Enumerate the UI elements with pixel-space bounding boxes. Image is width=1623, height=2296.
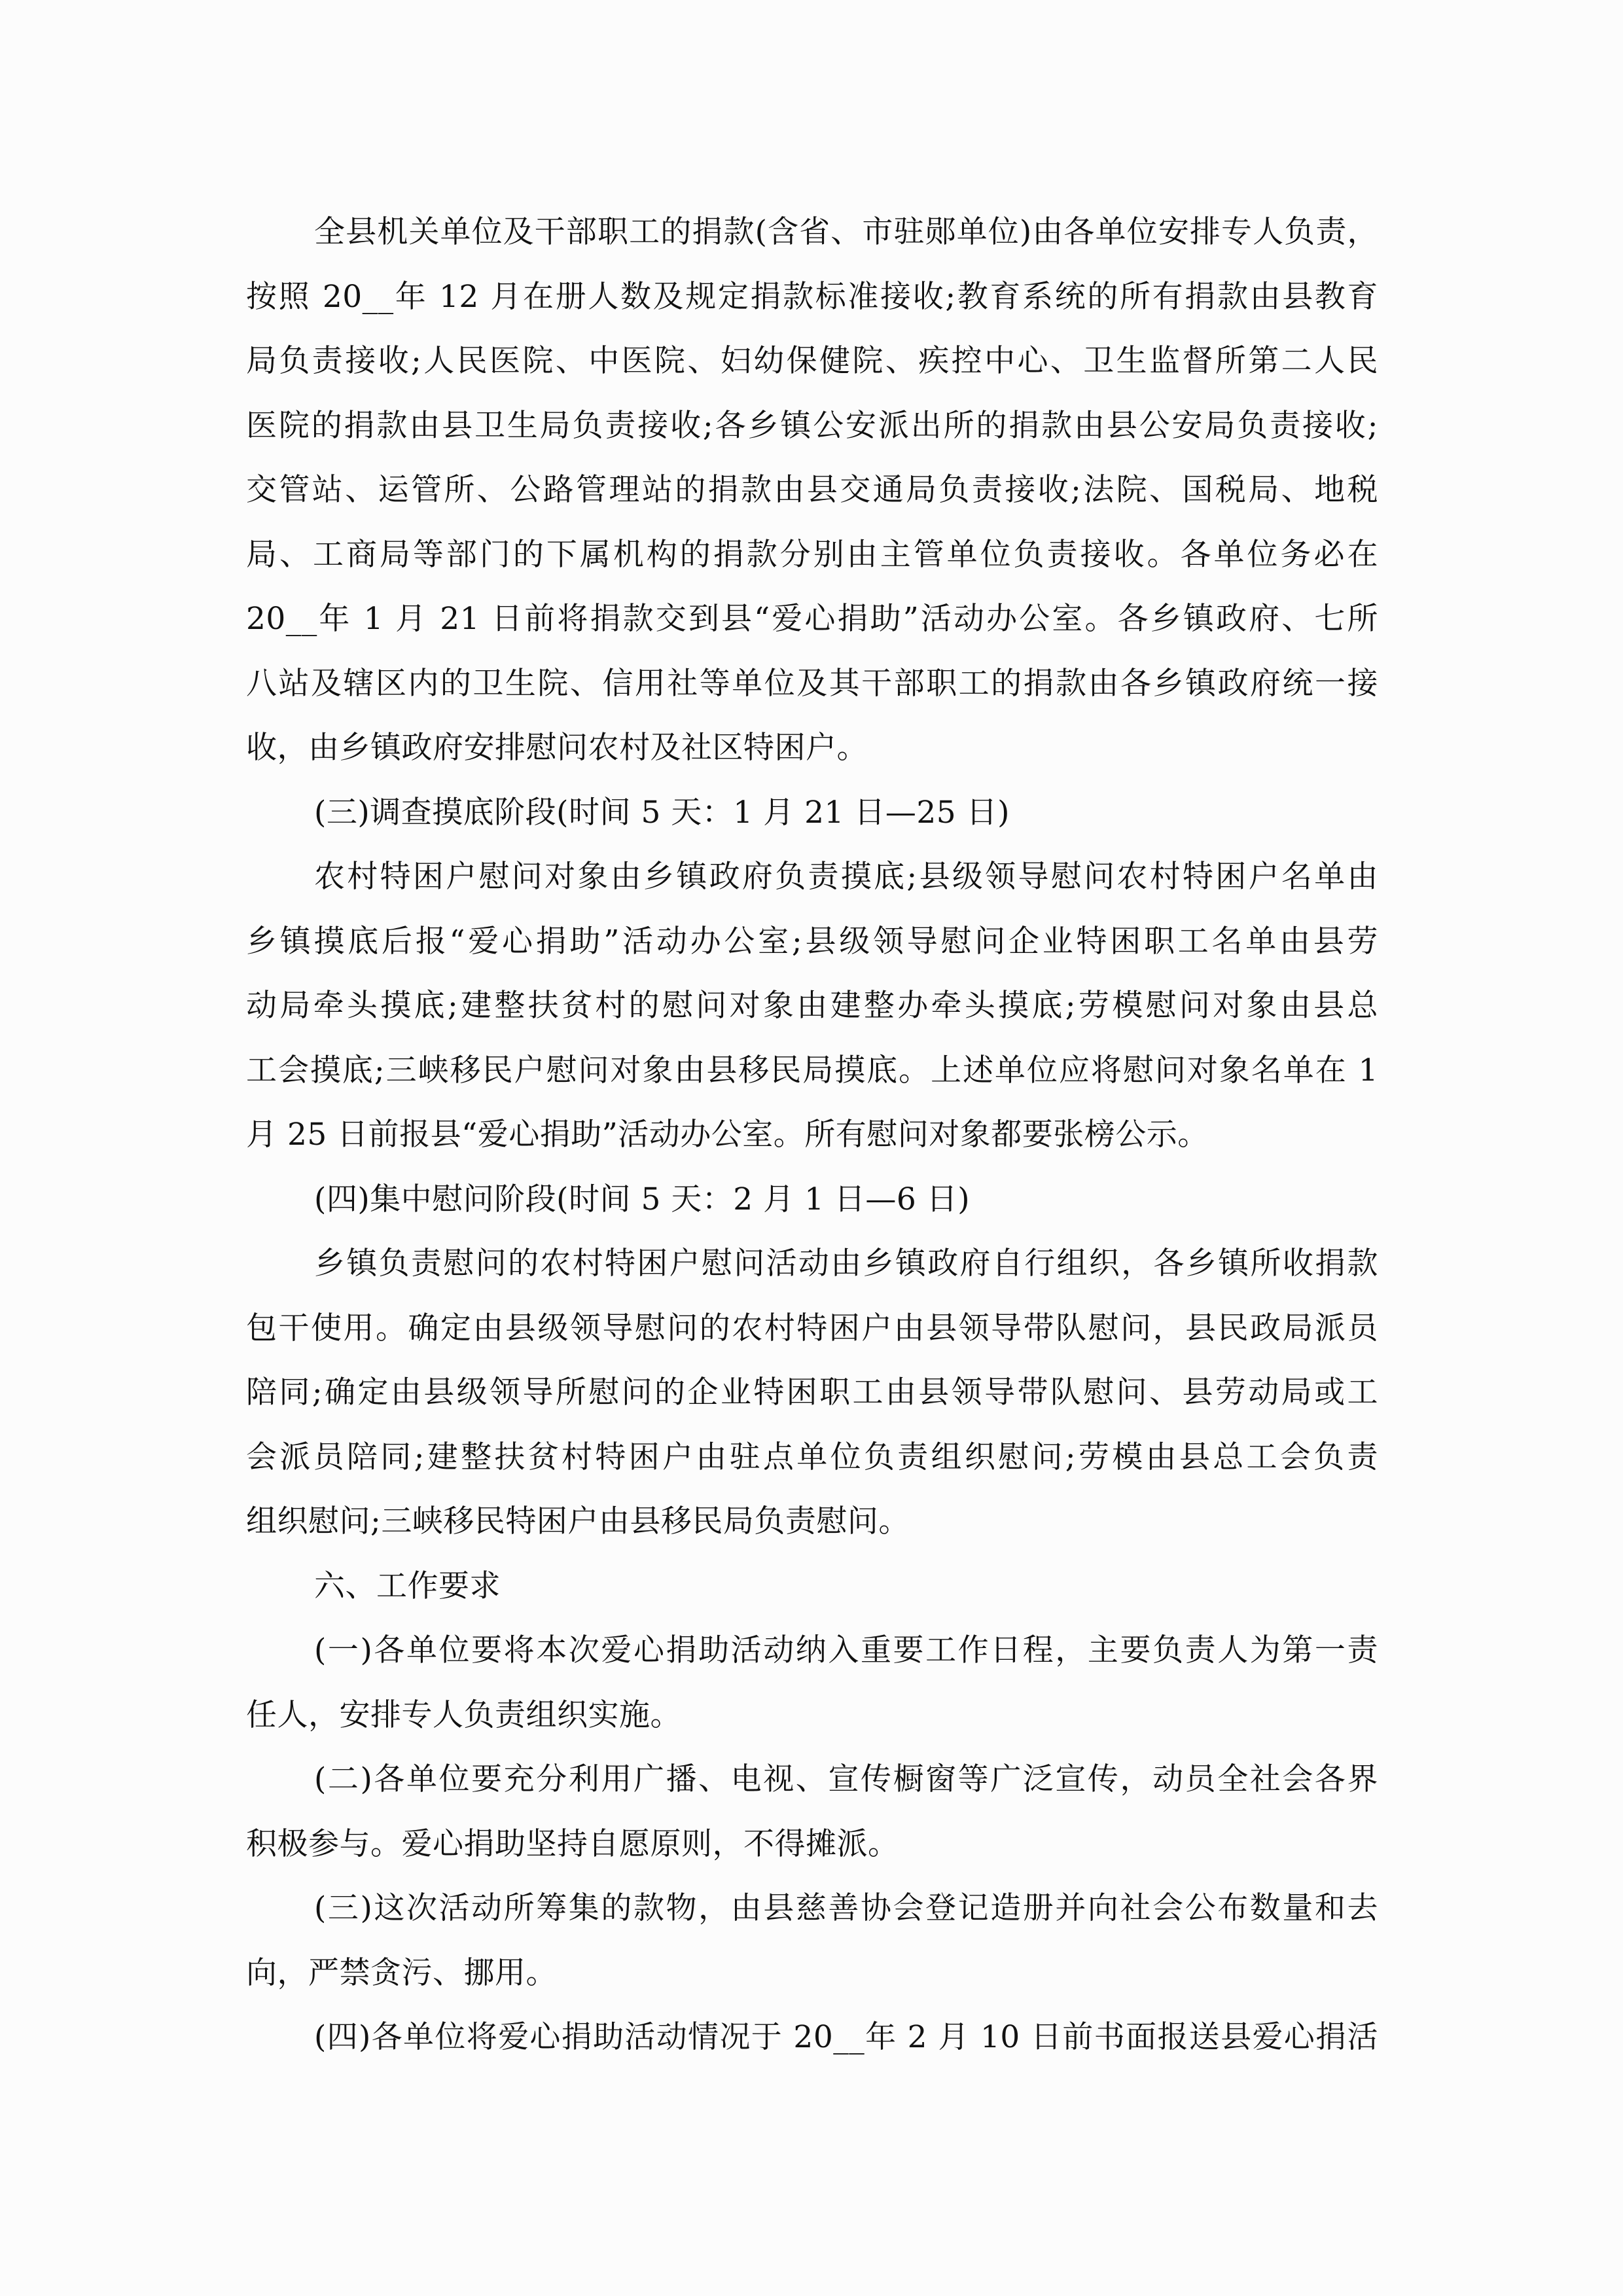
document-page: 全县机关单位及干部职工的捐款(含省、市驻郧单位)由各单位安排专人负责， 按照 2…: [246, 200, 1378, 2070]
text-line: 陪同;确定由县级领导所慰问的企业特困职工由县领导带队慰问、县劳动局或工: [246, 1361, 1378, 1426]
text-line: 包干使用。确定由县级领导慰问的农村特困户由县领导带队慰问，县民政局派员: [246, 1297, 1378, 1361]
section-heading-survey-stage: (三)调查摸底阶段(时间 5 天：1 月 21 日—25 日): [246, 781, 1378, 846]
text-line: 20__年 1 月 21 日前将捐款交到县“爱心捐助”活动办公室。各乡镇政府、七…: [246, 587, 1378, 652]
text-line: 按照 20__年 12 月在册人数及规定捐款标准接收;教育系统的所有捐款由县教育: [246, 265, 1378, 330]
section-heading-visit-stage: (四)集中慰问阶段(时间 5 天：2 月 1 日—6 日): [246, 1168, 1378, 1232]
paragraph-requirement-4: (四)各单位将爱心捐助活动情况于 20__年 2 月 10 日前书面报送县爱心捐…: [246, 2005, 1378, 2070]
text-line: 收，由乡镇政府安排慰问农村及社区特困户。: [246, 716, 1378, 781]
text-line: 动局牵头摸底;建整扶贫村的慰问对象由建整办牵头摸底;劳模慰问对象由县总: [246, 974, 1378, 1039]
paragraph-donation-collection: 全县机关单位及干部职工的捐款(含省、市驻郧单位)由各单位安排专人负责， 按照 2…: [246, 200, 1378, 781]
text-line: 乡镇负责慰问的农村特困户慰问活动由乡镇政府自行组织，各乡镇所收捐款: [246, 1232, 1378, 1297]
paragraph-requirement-3: (三)这次活动所筹集的款物，由县慈善协会登记造册并向社会公布数量和去 向，严禁贪…: [246, 1876, 1378, 2005]
text-line: 医院的捐款由县卫生局负责接收;各乡镇公安派出所的捐款由县公安局负责接收;: [246, 394, 1378, 459]
text-line: 月 25 日前报县“爱心捐助”活动办公室。所有慰问对象都要张榜公示。: [246, 1103, 1378, 1168]
text-line: 组织慰问;三峡移民特困户由县移民局负责慰问。: [246, 1490, 1378, 1554]
text-line: 全县机关单位及干部职工的捐款(含省、市驻郧单位)由各单位安排专人负责，: [246, 200, 1378, 265]
paragraph-visit-details: 乡镇负责慰问的农村特困户慰问活动由乡镇政府自行组织，各乡镇所收捐款 包干使用。确…: [246, 1232, 1378, 1554]
text-line: 局、工商局等部门的下属机构的捐款分别由主管单位负责接收。各单位务必在: [246, 523, 1378, 588]
text-line: (三)这次活动所筹集的款物，由县慈善协会登记造册并向社会公布数量和去: [246, 1876, 1378, 1941]
text-line: 交管站、运管所、公路管理站的捐款由县交通局负责接收;法院、国税局、地税: [246, 458, 1378, 523]
text-line: 工会摸底;三峡移民户慰问对象由县移民局摸底。上述单位应将慰问对象名单在 1: [246, 1039, 1378, 1103]
text-line: 农村特困户慰问对象由乡镇政府负责摸底;县级领导慰问农村特困户名单由: [246, 845, 1378, 910]
paragraph-requirement-2: (二)各单位要充分利用广播、电视、宣传橱窗等广泛宣传，动员全社会各界 积极参与。…: [246, 1748, 1378, 1876]
text-line: (二)各单位要充分利用广播、电视、宣传橱窗等广泛宣传，动员全社会各界: [246, 1748, 1378, 1812]
section-heading-work-requirements: 六、工作要求: [246, 1554, 1378, 1619]
text-line: 会派员陪同;建整扶贫村特困户由驻点单位负责组织慰问;劳模由县总工会负责: [246, 1426, 1378, 1490]
text-line: (四)各单位将爱心捐助活动情况于 20__年 2 月 10 日前书面报送县爱心捐…: [246, 2005, 1378, 2070]
text-line: 任人，安排专人负责组织实施。: [246, 1683, 1378, 1748]
text-line: (一)各单位要将本次爱心捐助活动纳入重要工作日程，主要负责人为第一责: [246, 1619, 1378, 1683]
text-line: 向，严禁贪污、挪用。: [246, 1941, 1378, 2006]
text-line: 积极参与。爱心捐助坚持自愿原则，不得摊派。: [246, 1812, 1378, 1877]
text-line: 乡镇摸底后报“爱心捐助”活动办公室;县级领导慰问企业特困职工名单由县劳: [246, 910, 1378, 975]
paragraph-survey-details: 农村特困户慰问对象由乡镇政府负责摸底;县级领导慰问农村特困户名单由 乡镇摸底后报…: [246, 845, 1378, 1168]
paragraph-requirement-1: (一)各单位要将本次爱心捐助活动纳入重要工作日程，主要负责人为第一责 任人，安排…: [246, 1619, 1378, 1748]
text-line: 局负责接收;人民医院、中医院、妇幼保健院、疾控中心、卫生监督所第二人民: [246, 329, 1378, 394]
text-line: 八站及辖区内的卫生院、信用社等单位及其干部职工的捐款由各乡镇政府统一接: [246, 652, 1378, 717]
